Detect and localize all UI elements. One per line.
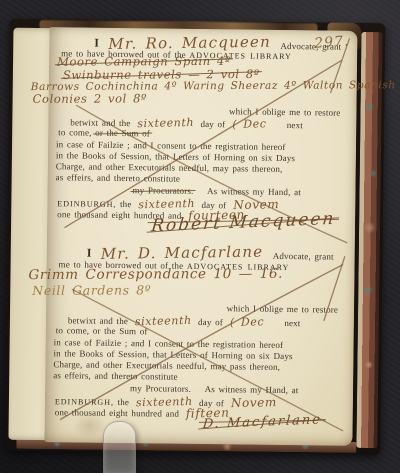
printed-i: I [87,246,92,260]
printed-procurators: my Procurators. [130,383,191,394]
legal-line: as effeirs, and thereto constitute [53,370,178,382]
printed-sum-of: or the Sum of [93,326,148,337]
book-title-line: Neill Gardens 8º [32,282,151,298]
printed-year-text: one thousand eight hundred and [55,407,179,419]
page-weight-strip [103,421,136,473]
printed-day-of: day of [198,317,223,327]
signed-month-handwritten: Novem [230,395,276,410]
due-month-handwritten: ( Dec [229,315,264,329]
printed-witness: As witness my Hand, at [205,384,299,395]
book: 297. I Mr. Ro. Macqueen Advocate, grant … [4,19,385,456]
oblige-line: which I oblige me to restore [227,303,339,314]
printed-legal-text: as effeirs, and thereto constitute [53,370,178,382]
book-title-line: Grimm Correspondance 10 — 16. [28,265,283,284]
printed-to-come: to come, [56,325,90,335]
printed-next: next [284,318,300,328]
book-title-handwritten: Neill Gardens 8º [32,282,151,298]
sum-line: to come, or the Sum of [56,325,148,336]
printed-oblige-text: which I oblige me to restore [227,303,339,314]
witness-line: my Procurators. As witness my Hand, at [130,383,299,395]
loan-entry-macfarlane: I Mr. D. Macfarlane Advocate, grant me t… [44,27,357,446]
register-page: 297. I Mr. Ro. Macqueen Advocate, grant … [44,27,357,446]
photo-background: 297. I Mr. Ro. Macqueen Advocate, grant … [0,0,400,473]
book-title-handwritten: Grimm Correspondance 10 — 16. [28,266,283,283]
printed-role: Advocate, grant [273,251,334,262]
